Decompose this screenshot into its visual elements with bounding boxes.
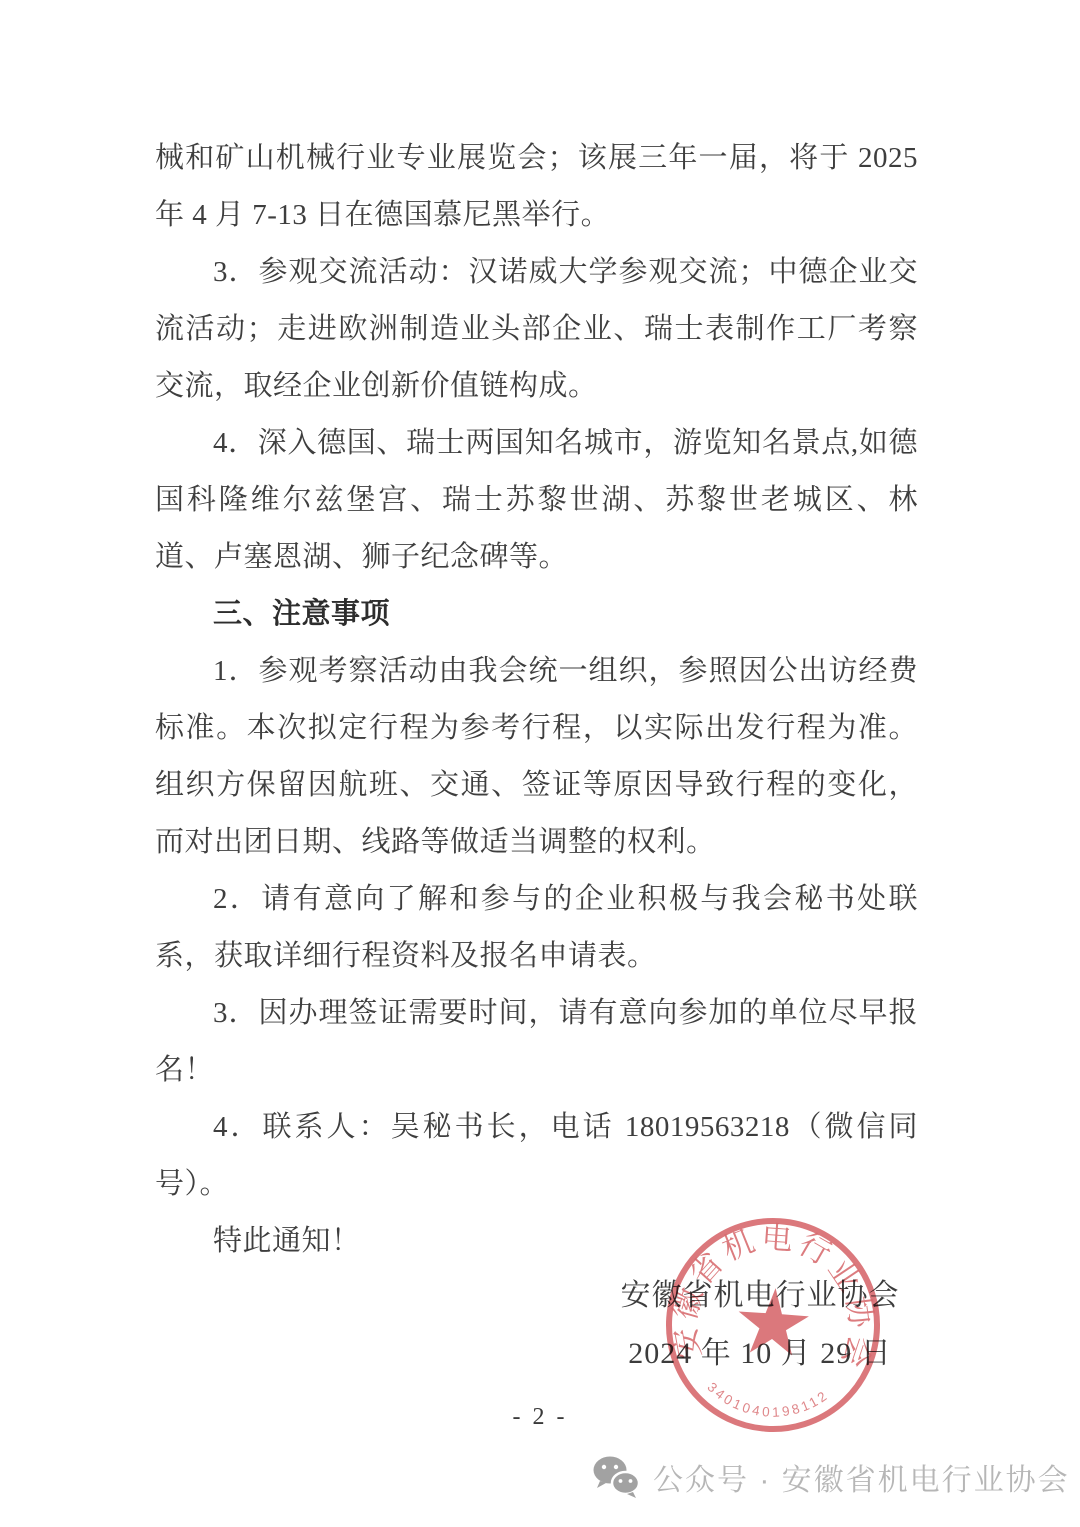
notice-body: 械和矿山机械行业专业展览会；该展三年一届，将于 2025 年 4 月 7-13 … — [155, 130, 918, 1270]
page-number: - 2 - — [0, 1404, 1080, 1431]
paragraph-continuation: 械和矿山机械行业专业展览会；该展三年一届，将于 2025 年 4 月 7-13 … — [155, 130, 918, 244]
paragraph-item-4: 4．深入德国、瑞士两国知名城市，游览知名景点,如德国科隆维尔兹堡宫、瑞士苏黎世湖… — [155, 415, 918, 586]
paragraph-note-1: 1．参观考察活动由我会统一组织，参照因公出访经费标准。本次拟定行程为参考行程，以… — [155, 643, 918, 871]
wechat-icon — [592, 1455, 640, 1499]
paragraph-note-2: 2．请有意向了解和参与的企业积极与我会秘书处联系，获取详细行程资料及报名申请表。 — [155, 871, 918, 985]
paragraph-item-3: 3．参观交流活动：汉诺威大学参观交流；中德企业交流活动；走进欧洲制造业头部企业、… — [155, 244, 918, 415]
seal-star-icon — [736, 1286, 811, 1357]
document-page: 械和矿山机械行业专业展览会；该展三年一届，将于 2025 年 4 月 7-13 … — [0, 0, 1080, 1527]
paragraph-note-3: 3．因办理签证需要时间，请有意向参加的单位尽早报名！ — [155, 985, 918, 1099]
section-heading-notes: 三、注意事项 — [155, 586, 918, 643]
wechat-watermark: 公众号 · 安徽省机电行业协会 — [592, 1455, 1070, 1499]
watermark-text: 公众号 · 安徽省机电行业协会 — [653, 1455, 1070, 1499]
paragraph-note-4-contact: 4．联系人：吴秘书长，电话 18019563218（微信同号）。 — [155, 1099, 918, 1213]
